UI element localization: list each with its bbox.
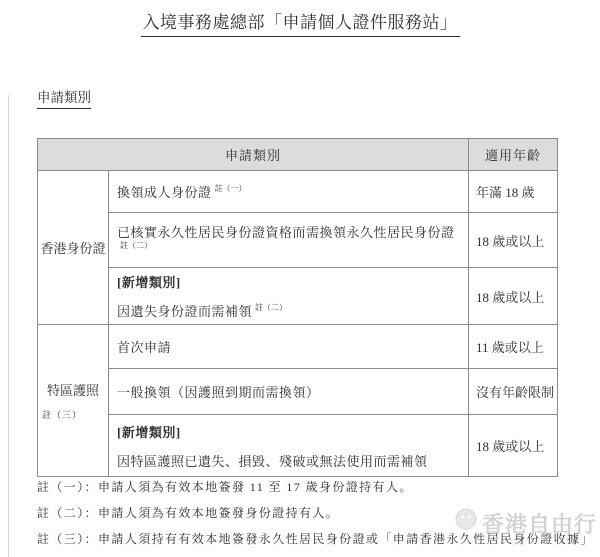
- category-text: 換領成人身份證: [117, 185, 212, 200]
- group-label: 香港身份證: [40, 241, 105, 256]
- footnote-2: 註（二）：申請人須為有效本地簽發身份證持有人。: [37, 505, 597, 531]
- age-cell: 18 歲或以上: [469, 415, 558, 477]
- category-cell: 已核實永久性居民身份證資格而需換領永久性居民身份證註（二）: [109, 213, 469, 268]
- age-cell: 年滿 18 歲: [469, 171, 558, 213]
- section-heading: 申請類別: [37, 86, 91, 109]
- header-cell-age: 適用年齡: [469, 139, 558, 171]
- table-row: [新增類別] 因特區護照已遺失、損毀、殘破或無法使用而需補領 18 歲或以上: [38, 415, 558, 477]
- group-footnote-ref: 註（三）: [40, 408, 106, 421]
- table-row: [新增類別] 因遺失身份證而需補領註（二） 18 歲或以上: [38, 268, 558, 325]
- group-cell-hkid: 香港身份證: [38, 171, 109, 325]
- footnote-3: 註（三）：申請人須持有有效本地簽發永久性居民身份證或「申請香港永久性居民身份證收…: [37, 531, 597, 557]
- footnote-1: 註（一）：申請人須為有效本地簽發 11 至 17 歲身份證持有人。: [37, 479, 597, 505]
- document-page: { "page": { "title": "入境事務處總部「申請個人證件服務站」…: [0, 0, 600, 557]
- category-text: 因遺失身份證而需補領: [117, 304, 252, 319]
- footnote-ref: 註（二）: [120, 241, 152, 250]
- category-text: 首次申請: [117, 340, 171, 355]
- table-row: 已核實永久性居民身份證資格而需換領永久性居民身份證註（二） 18 歲或以上: [38, 213, 558, 268]
- section-heading-text: 申請類別: [37, 86, 91, 109]
- age-cell: 18 歲或以上: [469, 213, 558, 268]
- document-title-text: 入境事務處總部「申請個人證件服務站」: [141, 8, 460, 37]
- category-text-line: 因特區護照已遺失、損毀、殘破或無法使用而需補領: [117, 451, 458, 470]
- category-text: 一般換領（因護照到期而需換領）: [117, 385, 320, 400]
- category-cell: 首次申請: [109, 325, 469, 369]
- new-category-tag: [新增類別]: [117, 422, 458, 441]
- category-text: 因特區護照已遺失、損毀、殘破或無法使用而需補領: [117, 454, 428, 469]
- footnotes: 註（一）：申請人須為有效本地簽發 11 至 17 歲身份證持有人。 註（二）：申…: [37, 479, 597, 557]
- footnote-ref: 註（二）: [255, 303, 287, 312]
- category-cell: [新增類別] 因遺失身份證而需補領註（二）: [109, 268, 469, 325]
- age-cell: 沒有年齡限制: [469, 369, 558, 415]
- category-cell: [新增類別] 因特區護照已遺失、損毀、殘破或無法使用而需補領: [109, 415, 469, 477]
- new-category-tag: [新增類別]: [117, 272, 458, 291]
- document-title: 入境事務處總部「申請個人證件服務站」: [0, 8, 600, 37]
- age-cell: 11 歲或以上: [469, 325, 558, 369]
- group-label: 特區護照: [47, 383, 99, 398]
- application-categories-table: 申請類別 適用年齡 香港身份證 換領成人身份證註（一） 年滿 18 歲 已核實永…: [37, 138, 558, 477]
- category-cell: 換領成人身份證註（一）: [109, 171, 469, 213]
- footnote-ref: 註（一）: [215, 184, 247, 193]
- category-text: 已核實永久性居民身份證資格而需換領永久性居民身份證: [117, 225, 455, 240]
- table-row: 香港身份證 換領成人身份證註（一） 年滿 18 歲: [38, 171, 558, 213]
- group-cell-passport: 特區護照 註（三）: [38, 325, 109, 477]
- page-edge-line: [8, 95, 9, 557]
- table-row: 特區護照 註（三） 首次申請 11 歲或以上: [38, 325, 558, 369]
- category-cell: 一般換領（因護照到期而需換領）: [109, 369, 469, 415]
- category-text-line: 因遺失身份證而需補領註（二）: [117, 301, 458, 320]
- age-cell: 18 歲或以上: [469, 268, 558, 325]
- header-cell-category: 申請類別: [38, 139, 469, 171]
- table-header-row: 申請類別 適用年齡: [38, 139, 558, 171]
- table-row: 一般換領（因護照到期而需換領） 沒有年齡限制: [38, 369, 558, 415]
